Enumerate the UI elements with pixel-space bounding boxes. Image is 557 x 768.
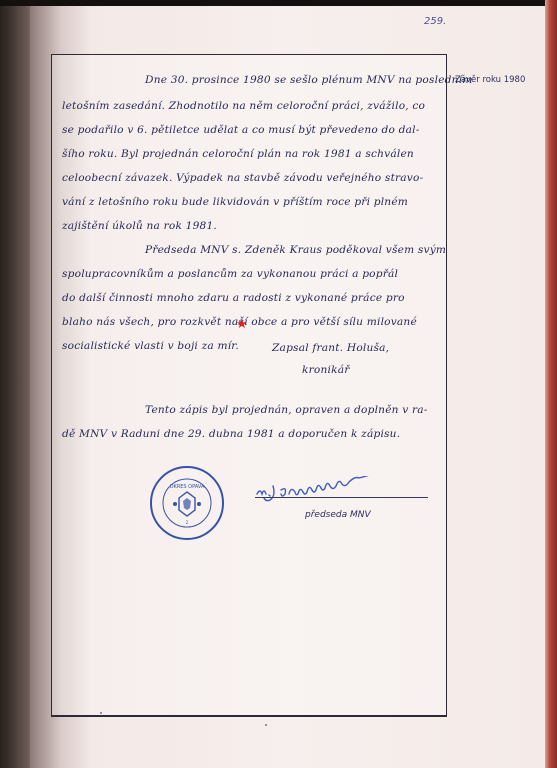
star-ornament-icon: ★ xyxy=(236,318,248,331)
page-edge xyxy=(545,0,557,768)
p1-line-1: Dne 30. prosince 1980 se sešlo plénum MN… xyxy=(145,74,473,86)
stamp-emblem-icon: OKRES OPAVA 2 xyxy=(152,468,222,538)
p2-line-3: do další činnosti mnoho zdaru a radosti … xyxy=(62,292,405,304)
p1-line-2: letošním zasedání. Zhodnotilo na něm cel… xyxy=(62,100,425,112)
signature-line xyxy=(255,497,428,498)
author-line: Zapsal frant. Holuša, xyxy=(272,342,389,354)
p1-line-4: šího roku. Byl projednán celoroční plán … xyxy=(62,148,414,160)
svg-text:2: 2 xyxy=(186,520,189,525)
p1-line-7: zajištění úkolů na rok 1981. xyxy=(62,220,217,232)
paper-speck xyxy=(100,712,102,714)
p2-line-2: spolupracovníkům a poslancům za vykonano… xyxy=(62,268,398,280)
p1-line-3: se podařilo v 6. pětiletce udělat a co m… xyxy=(62,124,420,136)
top-shadow xyxy=(0,0,557,6)
p2-line-1: Předseda MNV s. Zdeněk Kraus poděkoval v… xyxy=(145,244,446,256)
paper-speck xyxy=(265,724,267,726)
svg-text:OKRES OPAVA: OKRES OPAVA xyxy=(170,484,205,490)
signature-role: předseda MNV xyxy=(305,510,371,520)
signature-icon xyxy=(253,476,433,506)
author-role: kronikář xyxy=(302,364,349,376)
approval-line-2: dě MNV v Raduni dne 29. dubna 1981 a dop… xyxy=(62,428,400,440)
p1-line-6: vání z letošního roku bude likvidován v … xyxy=(62,196,408,208)
approval-line-1: Tento zápis byl projednán, opraven a dop… xyxy=(145,404,428,416)
p1-line-5: celoobecní závazek. Výpadek na stavbě zá… xyxy=(62,172,423,184)
official-stamp: OKRES OPAVA 2 xyxy=(150,466,224,540)
page-number: 259. xyxy=(424,16,446,27)
p2-line-5: socialistické vlasti v boji za mír. xyxy=(62,340,239,352)
